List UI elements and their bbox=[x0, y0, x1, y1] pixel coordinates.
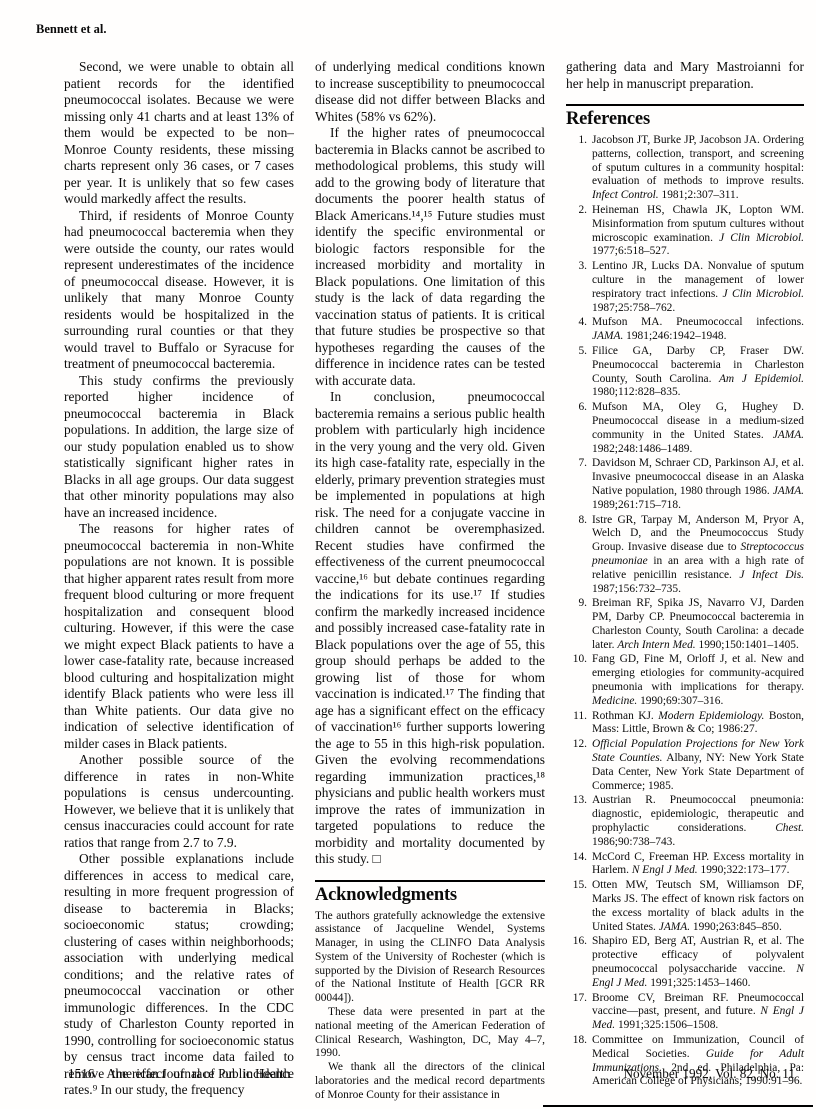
reference-text: Shapiro ED, Berg AT, Austrian R, et al. … bbox=[592, 935, 804, 990]
reference-number: 16. bbox=[566, 935, 592, 990]
reference-number: 8. bbox=[566, 514, 592, 597]
reference-item: 13.Austrian R. Pneumococcal pneumonia: d… bbox=[566, 794, 804, 849]
column-right: gathering data and Mary Mastroianni for … bbox=[566, 59, 804, 1103]
reference-text: Fang GD, Fine M, Orloff J, et al. New an… bbox=[592, 653, 804, 708]
reference-number: 11. bbox=[566, 710, 592, 738]
acknowledgments-paragraph: We thank all the directors of the clinic… bbox=[315, 1061, 545, 1102]
reference-item: 14.McCord C, Freeman HP. Excess mortalit… bbox=[566, 851, 804, 879]
reference-text: McCord C, Freeman HP. Excess mortality i… bbox=[592, 851, 804, 879]
section-divider bbox=[315, 880, 545, 882]
paragraph: Second, we were unable to obtain all pat… bbox=[64, 59, 294, 208]
reference-item: 9.Breiman RF, Spika JS, Navarro VJ, Dard… bbox=[566, 597, 804, 652]
reference-item: 17.Broome CV, Breiman RF. Pneumococcal v… bbox=[566, 992, 804, 1033]
reference-number: 13. bbox=[566, 794, 592, 849]
reference-item: 8.Istre GR, Tarpay M, Anderson M, Pryor … bbox=[566, 514, 804, 597]
page-number: 1516 bbox=[68, 1066, 94, 1081]
reference-number: 2. bbox=[566, 204, 592, 259]
reference-text: Mufson MA, Oley G, Hughey D. Pneumococca… bbox=[592, 401, 804, 456]
reference-item: 4.Mufson MA. Pneumococcal infections. JA… bbox=[566, 316, 804, 344]
footer-right: November 1992, Vol. 82, No. 11 bbox=[623, 1066, 795, 1082]
reference-text: Official Population Projections for New … bbox=[592, 738, 804, 793]
reference-item: 6.Mufson MA, Oley G, Hughey D. Pneumococ… bbox=[566, 401, 804, 456]
column-left: Second, we were unable to obtain all pat… bbox=[64, 59, 294, 1103]
reference-number: 4. bbox=[566, 316, 592, 344]
reference-number: 7. bbox=[566, 457, 592, 512]
journal-name: American Journal of Public Health bbox=[106, 1066, 290, 1081]
reference-number: 1. bbox=[566, 134, 592, 203]
section-divider bbox=[566, 104, 804, 106]
reference-item: 5.Filice GA, Darby CP, Fraser DW. Pneumo… bbox=[566, 345, 804, 400]
reference-text: Broome CV, Breiman RF. Pneumococcal vacc… bbox=[592, 992, 804, 1033]
references-heading: References bbox=[566, 109, 804, 130]
reference-list: 1.Jacobson JT, Burke JP, Jacobson JA. Or… bbox=[566, 134, 804, 1089]
reference-number: 3. bbox=[566, 260, 592, 315]
reference-item: 10.Fang GD, Fine M, Orloff J, et al. New… bbox=[566, 653, 804, 708]
reference-item: 16.Shapiro ED, Berg AT, Austrian R, et a… bbox=[566, 935, 804, 990]
reference-number: 14. bbox=[566, 851, 592, 879]
paragraph: Third, if residents of Monroe County had… bbox=[64, 208, 294, 373]
paragraph: This study confirms the previously repor… bbox=[64, 373, 294, 522]
reference-item: 2.Heineman HS, Chawla JK, Lopton WM. Mis… bbox=[566, 204, 804, 259]
reference-number: 9. bbox=[566, 597, 592, 652]
paragraph: If the higher rates of pneumococcal bact… bbox=[315, 125, 545, 389]
reference-text: Austrian R. Pneumococcal pneumonia: diag… bbox=[592, 794, 804, 849]
reference-item: 15.Otten MW, Teutsch SM, Williamson DF, … bbox=[566, 879, 804, 934]
acknowledgments-paragraph: These data were presented in part at the… bbox=[315, 1006, 545, 1061]
reference-text: Heineman HS, Chawla JK, Lopton WM. Misin… bbox=[592, 204, 804, 259]
paragraph: gathering data and Mary Mastroianni for … bbox=[566, 59, 804, 92]
reference-text: Istre GR, Tarpay M, Anderson M, Pryor A,… bbox=[592, 514, 804, 597]
reference-number: 5. bbox=[566, 345, 592, 400]
paragraph: In conclusion, pneumococcal bacteremia r… bbox=[315, 389, 545, 868]
footer-rule bbox=[543, 1105, 813, 1107]
reference-text: Davidson M, Schraer CD, Parkinson AJ, et… bbox=[592, 457, 804, 512]
column-middle: of underlying medical conditions known t… bbox=[315, 59, 545, 1103]
journal-page: Bennett et al. Second, we were unable to… bbox=[0, 0, 816, 1109]
reference-item: 3.Lentino JR, Lucks DA. Nonvalue of sput… bbox=[566, 260, 804, 315]
reference-text: Otten MW, Teutsch SM, Williamson DF, Mar… bbox=[592, 879, 804, 934]
reference-item: 12.Official Population Projections for N… bbox=[566, 738, 804, 793]
reference-number: 17. bbox=[566, 992, 592, 1033]
paragraph: Another possible source of the differenc… bbox=[64, 752, 294, 851]
reference-text: Breiman RF, Spika JS, Navarro VJ, Darden… bbox=[592, 597, 804, 652]
reference-item: 1.Jacobson JT, Burke JP, Jacobson JA. Or… bbox=[566, 134, 804, 203]
reference-number: 10. bbox=[566, 653, 592, 708]
reference-number: 6. bbox=[566, 401, 592, 456]
acknowledgments-heading: Acknowledgments bbox=[315, 885, 545, 906]
running-head: Bennett et al. bbox=[36, 22, 106, 37]
paragraph: The reasons for higher rates of pneumoco… bbox=[64, 521, 294, 752]
reference-text: Lentino JR, Lucks DA. Nonvalue of sputum… bbox=[592, 260, 804, 315]
reference-item: 7.Davidson M, Schraer CD, Parkinson AJ, … bbox=[566, 457, 804, 512]
reference-text: Rothman KJ. Modern Epidemiology. Boston,… bbox=[592, 710, 804, 738]
paragraph: of underlying medical conditions known t… bbox=[315, 59, 545, 125]
reference-number: 12. bbox=[566, 738, 592, 793]
paragraph: Other possible explanations include diff… bbox=[64, 851, 294, 1099]
reference-text: Filice GA, Darby CP, Fraser DW. Pneumoco… bbox=[592, 345, 804, 400]
article-body: Second, we were unable to obtain all pat… bbox=[64, 59, 804, 1103]
acknowledgments-paragraph: The authors gratefully acknowledge the e… bbox=[315, 910, 545, 1007]
reference-text: Jacobson JT, Burke JP, Jacobson JA. Orde… bbox=[592, 134, 804, 203]
footer-left: 1516American Journal of Public Health bbox=[68, 1066, 290, 1082]
reference-number: 18. bbox=[566, 1034, 592, 1089]
reference-item: 11.Rothman KJ. Modern Epidemiology. Bost… bbox=[566, 710, 804, 738]
reference-number: 15. bbox=[566, 879, 592, 934]
reference-text: Mufson MA. Pneumococcal infections. JAMA… bbox=[592, 316, 804, 344]
